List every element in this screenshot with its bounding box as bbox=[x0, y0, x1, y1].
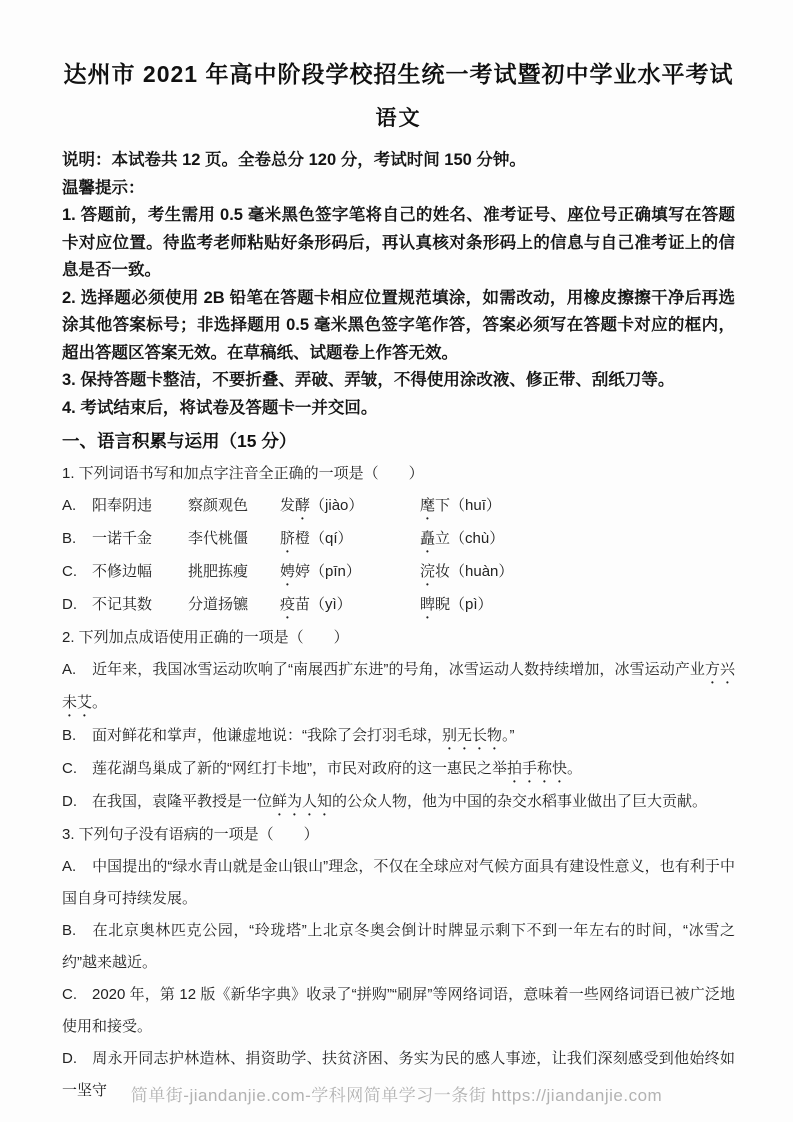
emphasized-text: 别无长物 bbox=[442, 727, 502, 744]
plain-text: 面对鲜花和掌声，他谦虚地说：“我除了会打羽毛球， bbox=[92, 727, 442, 744]
option-line: B.一诺千金李代桃僵脐橙（qí）矗立（chù） bbox=[62, 523, 735, 556]
option-label: B. bbox=[62, 915, 92, 947]
plain-text: 一诺千金 bbox=[92, 530, 152, 547]
question-block: 1. 下列词语书写和加点字注音全正确的一项是（ ）A.阳奉阴违察颜观色发酵（ji… bbox=[62, 458, 735, 622]
option-line: C.莲花湖鸟巢成了新的“网红打卡地”，市民对政府的这一惠民之举拍手称快。 bbox=[62, 753, 735, 786]
option-label: D. bbox=[62, 786, 92, 818]
option-label: D. bbox=[62, 589, 92, 621]
option-label: C. bbox=[62, 556, 92, 588]
plain-text: 莲花湖鸟巢成了新的“网红打卡地”，市民对政府的这一惠民之举 bbox=[92, 760, 507, 777]
option-label: D. bbox=[62, 1043, 92, 1075]
option-label: A. bbox=[62, 654, 92, 686]
plain-text: 下（huī） bbox=[435, 497, 501, 514]
plain-text: 不记其数 bbox=[92, 596, 152, 613]
option-line: A.近年来，我国冰雪运动吹响了“南展西扩东进”的号角，冰雪运动人数持续增加，冰雪… bbox=[62, 654, 735, 720]
plain-text: 睨（pì） bbox=[435, 596, 493, 613]
plain-text: 妆（huàn） bbox=[435, 563, 513, 580]
plain-text: 挑肥拣瘦 bbox=[188, 563, 248, 580]
option-line: D.在我国，袁隆平教授是一位鲜为人知的公众人物，他为中国的杂交水稻事业做出了巨大… bbox=[62, 786, 735, 819]
plain-text: 察颜观色 bbox=[188, 497, 248, 514]
page-title: 达州市 2021 年高中阶段学校招生统一考试暨初中学业水平考试 bbox=[62, 58, 735, 90]
plain-text: 2020 年，第 12 版《新华字典》收录了“拼购”“刷屏”等网络词语，意味着一… bbox=[62, 986, 735, 1035]
plain-text: 在北京奥林匹克公园，“玲珑塔”上北京冬奥会倒计时牌显示剩下不到一年左右的时间，“… bbox=[62, 922, 735, 971]
plain-text: 中国提出的“绿水青山就是金山银山”理念，不仅在全球应对气候方面具有建设性意义，也… bbox=[62, 858, 735, 907]
subject-title: 语文 bbox=[62, 104, 735, 134]
word-column: 发酵（jiào） bbox=[280, 490, 420, 523]
word-column: 浣妆（huàn） bbox=[420, 556, 513, 589]
emphasized-text: 拍手称快 bbox=[507, 760, 567, 777]
plain-text: 婷（pīn） bbox=[295, 563, 361, 580]
plain-text: 近年来，我国冰雪运动吹响了“南展西扩东进”的号角，冰雪运动人数持续增加，冰雪运动… bbox=[92, 661, 705, 678]
word-column: 察颜观色 bbox=[188, 490, 280, 522]
word-column: 不记其数 bbox=[92, 589, 188, 621]
emphasized-text: 麾 bbox=[420, 497, 435, 514]
emphasized-text: 睥 bbox=[420, 596, 435, 613]
option-label: B. bbox=[62, 720, 92, 752]
option-label: A. bbox=[62, 851, 92, 883]
question-stem: 1. 下列词语书写和加点字注音全正确的一项是（ ） bbox=[62, 458, 735, 490]
word-column: 阳奉阴违 bbox=[92, 490, 188, 522]
tips-list: 1. 答题前，考生需用 0.5 毫米黑色签字笔将自己的姓名、准考证号、座位号正确… bbox=[62, 202, 735, 422]
plain-text: 不修边幅 bbox=[92, 563, 152, 580]
plain-text: 。” bbox=[502, 727, 515, 744]
plain-text: 发 bbox=[280, 497, 295, 514]
questions-container: 1. 下列词语书写和加点字注音全正确的一项是（ ）A.阳奉阴违察颜观色发酵（ji… bbox=[62, 458, 735, 1107]
word-column: 分道扬镳 bbox=[188, 589, 280, 621]
option-line: D.不记其数分道扬镳疫苗（yì）睥睨（pì） bbox=[62, 589, 735, 622]
option-label: A. bbox=[62, 490, 92, 522]
exam-note: 说明：本试卷共 12 页。全卷总分 120 分，考试时间 150 分钟。 bbox=[62, 147, 735, 175]
watermark-footer: 简单街-jiandanjie.com-学科网简单学习一条街 https://ji… bbox=[0, 1081, 793, 1106]
option-line: B.在北京奥林匹克公园，“玲珑塔”上北京冬奥会倒计时牌显示剩下不到一年左右的时间… bbox=[62, 915, 735, 979]
section-heading: 一、语言积累与运用（15 分） bbox=[62, 425, 735, 458]
plain-text: 李代桃僵 bbox=[188, 530, 248, 547]
word-column: 疫苗（yì） bbox=[280, 589, 420, 622]
word-column: 脐橙（qí） bbox=[280, 523, 420, 556]
word-column: 矗立（chù） bbox=[420, 523, 504, 556]
word-column: 不修边幅 bbox=[92, 556, 188, 588]
word-column: 麾下（huī） bbox=[420, 490, 501, 523]
plain-text: 在我国，袁隆平教授是一位 bbox=[92, 793, 272, 810]
word-column: 娉婷（pīn） bbox=[280, 556, 420, 589]
question-stem: 3. 下列句子没有语病的一项是（ ） bbox=[62, 819, 735, 851]
tip-item: 4. 考试结束后，将试卷及答题卡一并交回。 bbox=[62, 395, 735, 423]
word-column: 睥睨（pì） bbox=[420, 589, 493, 622]
option-line: C.2020 年，第 12 版《新华字典》收录了“拼购”“刷屏”等网络词语，意味… bbox=[62, 979, 735, 1043]
option-line: C.不修边幅挑肥拣瘦娉婷（pīn）浣妆（huàn） bbox=[62, 556, 735, 589]
emphasized-text: 浣 bbox=[420, 563, 435, 580]
option-line: A.阳奉阴违察颜观色发酵（jiào）麾下（huī） bbox=[62, 490, 735, 523]
tip-item: 3. 保持答题卡整洁，不要折叠、弄破、弄皱，不得使用涂改液、修正带、刮纸刀等。 bbox=[62, 367, 735, 395]
question-block: 2. 下列加点成语使用正确的一项是（ ）A.近年来，我国冰雪运动吹响了“南展西扩… bbox=[62, 622, 735, 819]
option-label: C. bbox=[62, 979, 92, 1011]
plain-text: 分道扬镳 bbox=[188, 596, 248, 613]
emphasized-text: 娉 bbox=[280, 563, 295, 580]
option-line: B.面对鲜花和掌声，他谦虚地说：“我除了会打羽毛球，别无长物。” bbox=[62, 720, 735, 753]
emphasized-text: 矗 bbox=[420, 530, 435, 547]
plain-text: 。 bbox=[92, 694, 107, 711]
option-line: A.中国提出的“绿水青山就是金山银山”理念，不仅在全球应对气候方面具有建设性意义… bbox=[62, 851, 735, 915]
word-column: 李代桃僵 bbox=[188, 523, 280, 555]
emphasized-text: 脐 bbox=[280, 530, 295, 547]
emphasized-text: 酵 bbox=[295, 497, 310, 514]
option-label: B. bbox=[62, 523, 92, 555]
plain-text: 阳奉阴违 bbox=[92, 497, 152, 514]
plain-text: 橙（qí） bbox=[295, 530, 353, 547]
plain-text: 。 bbox=[567, 760, 582, 777]
plain-text: 立（chù） bbox=[435, 530, 504, 547]
tip-item: 1. 答题前，考生需用 0.5 毫米黑色签字笔将自己的姓名、准考证号、座位号正确… bbox=[62, 202, 735, 285]
plain-text: 的公众人物，他为中国的杂交水稻事业做出了巨大贡献。 bbox=[332, 793, 707, 810]
question-stem: 2. 下列加点成语使用正确的一项是（ ） bbox=[62, 622, 735, 654]
tips-heading: 温馨提示： bbox=[62, 175, 735, 203]
emphasized-text: 鲜为人知 bbox=[272, 793, 332, 810]
question-block: 3. 下列句子没有语病的一项是（ ）A.中国提出的“绿水青山就是金山银山”理念，… bbox=[62, 819, 735, 1107]
emphasized-text: 疫 bbox=[280, 596, 295, 613]
plain-text: 苗（yì） bbox=[295, 596, 352, 613]
word-column: 挑肥拣瘦 bbox=[188, 556, 280, 588]
tip-item: 2. 选择题必须使用 2B 铅笔在答题卡相应位置规范填涂，如需改动，用橡皮擦擦干… bbox=[62, 285, 735, 368]
exam-paper-page: 达州市 2021 年高中阶段学校招生统一考试暨初中学业水平考试 语文 说明：本试… bbox=[0, 0, 793, 1122]
word-column: 一诺千金 bbox=[92, 523, 188, 555]
option-label: C. bbox=[62, 753, 92, 785]
plain-text: （jiào） bbox=[310, 497, 363, 514]
